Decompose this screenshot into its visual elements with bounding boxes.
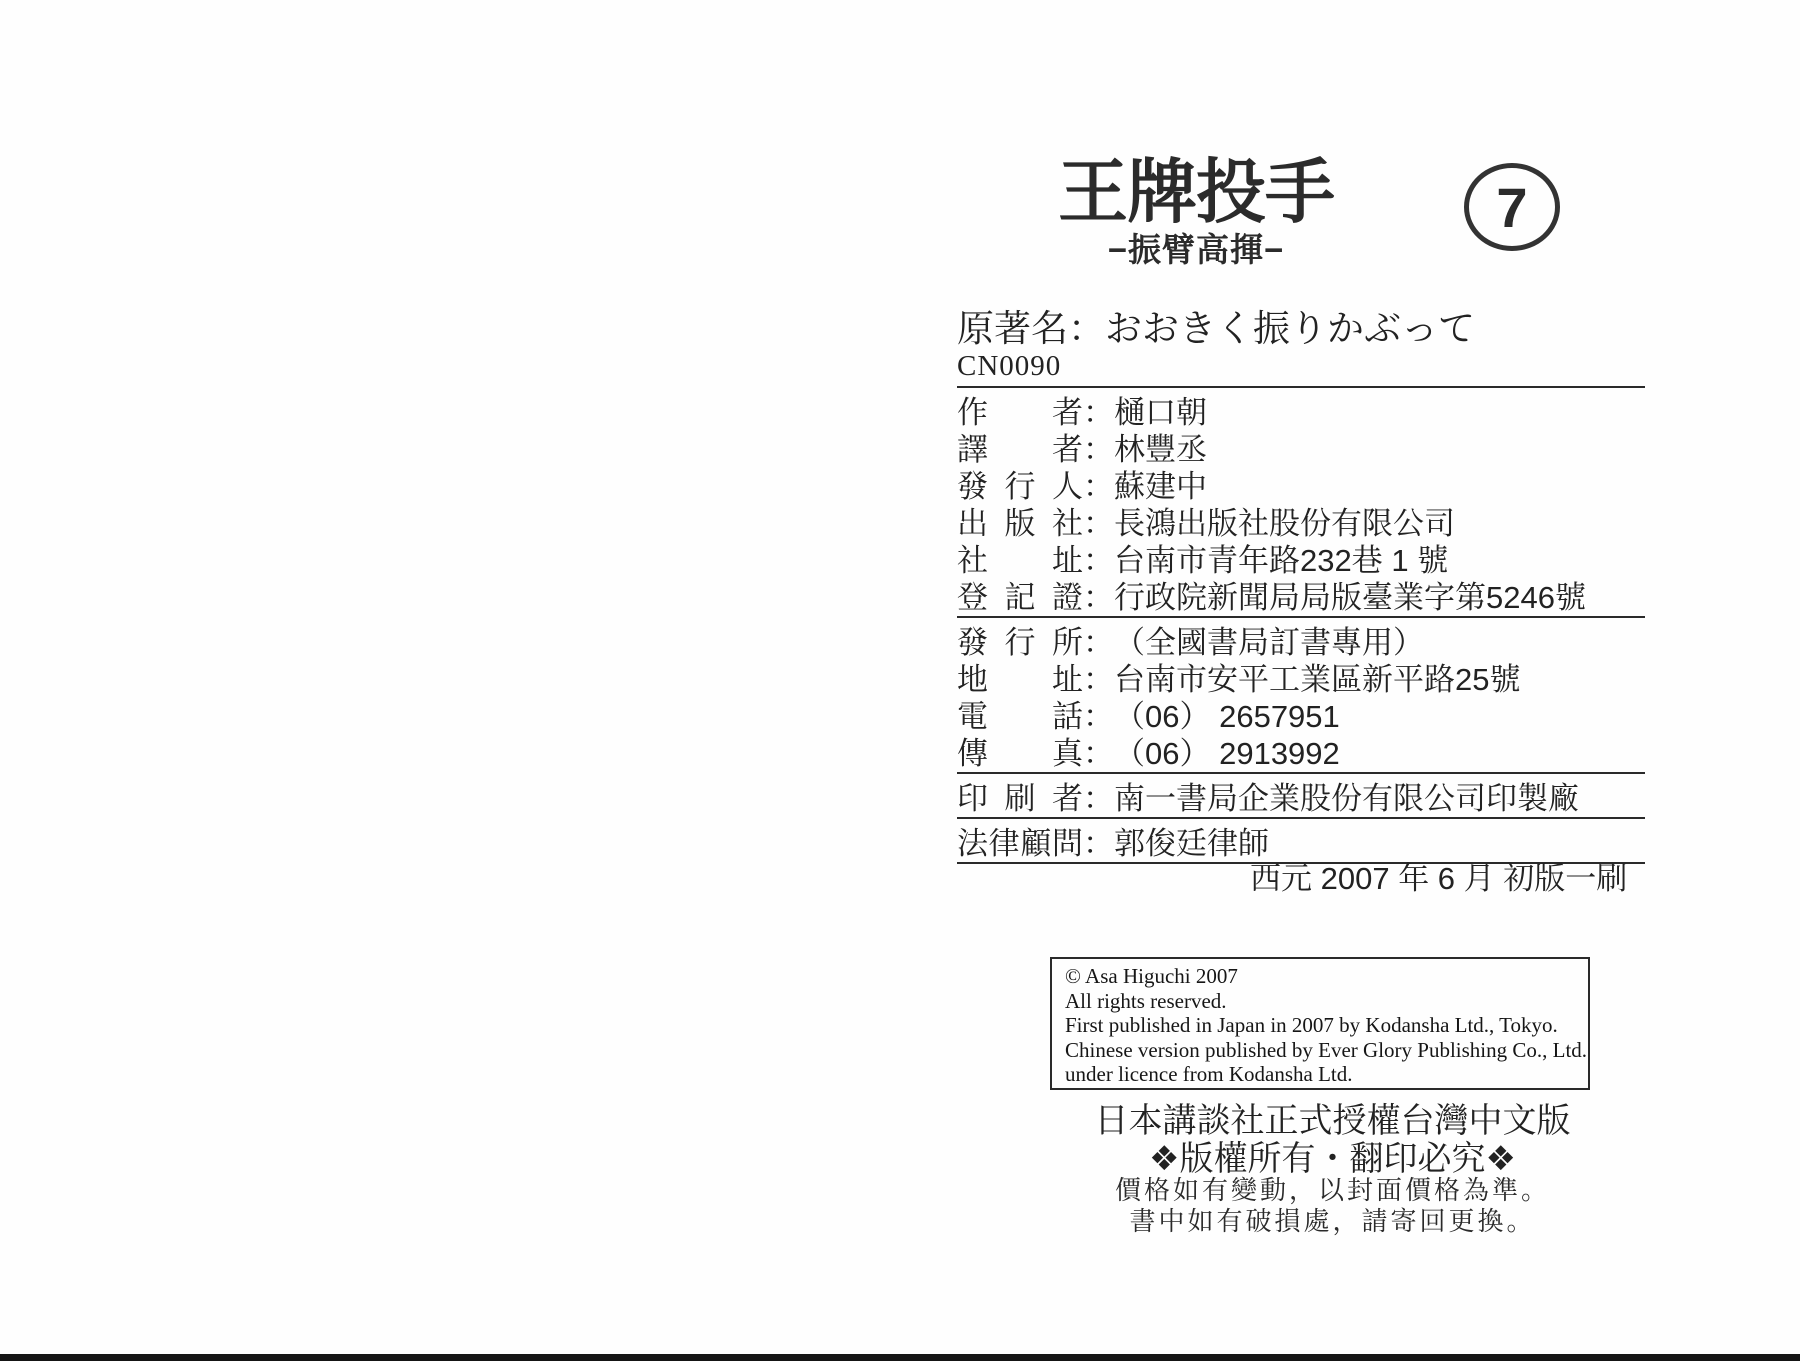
colophon-row: 作者：樋口朝 <box>957 391 1645 428</box>
colophon-row: 社址：台南市青年路232巷 1 號 <box>957 539 1645 576</box>
colophon-row-value: 郭俊廷律師 <box>1114 818 1269 863</box>
colophon-row-value: （06） 2913992 <box>1114 728 1340 773</box>
original-title-line: 原著名：おおきく振りかぶって <box>957 298 1475 352</box>
footer-notice-damage: 書中如有破損處，請寄回更換。 <box>1020 1201 1645 1238</box>
colophon-row-value: 行政院新聞局局版臺業字第5246號 <box>1114 572 1586 617</box>
volume-number-badge: 7 <box>1464 163 1560 251</box>
colophon-row: 出版社：長鴻出版社股份有限公司 <box>957 502 1645 539</box>
colophon-group: 發行所：（全國書局訂書專用）地址：台南市安平工業區新平路25號電話：（06） 2… <box>957 618 1645 774</box>
copyright-line: All rights reserved. <box>1065 989 1588 1014</box>
copyright-line: Chinese version published by Ever Glory … <box>1065 1038 1588 1063</box>
colophon-row-colon: ： <box>1083 728 1114 773</box>
colophon-row-label: 印刷者 <box>957 773 1083 818</box>
colophon-row-label: 傳真 <box>957 728 1083 773</box>
colophon-row: 譯者：林豐丞 <box>957 428 1645 465</box>
colophon-row: 發行人：蘇建中 <box>957 465 1645 502</box>
colophon-row: 發行所：（全國書局訂書專用） <box>957 621 1645 658</box>
colophon-row-colon: ： <box>1083 818 1114 863</box>
volume-number: 7 <box>1496 175 1527 240</box>
series-title: 王牌投手 <box>946 136 1446 237</box>
colophon-row: 印刷者：南一書局企業股份有限公司印製廠 <box>957 777 1645 814</box>
copyright-line: under licence from Kodansha Ltd. <box>1065 1062 1588 1087</box>
edition-date-line: 西元 2007 年 6 月 初版一刷 <box>1250 853 1627 898</box>
colophon-group: 作者：樋口朝譯者：林豐丞發行人：蘇建中出版社：長鴻出版社股份有限公司社址：台南市… <box>957 388 1645 618</box>
colophon-row-colon: ： <box>1083 773 1114 818</box>
copyright-line: First published in Japan in 2007 by Koda… <box>1065 1013 1588 1038</box>
copyright-line: © Asa Higuchi 2007 <box>1065 964 1588 989</box>
colophon-row-label: 法律顧問 <box>957 818 1083 863</box>
colophon-page: 王牌投手 −振臂高揮− 7 原著名：おおきく振りかぶって CN0090 作者：樋… <box>0 0 1800 1361</box>
series-subtitle: −振臂高揮− <box>946 224 1446 271</box>
copyright-notice-box: © Asa Higuchi 2007All rights reserved.Fi… <box>1050 957 1590 1090</box>
book-code: CN0090 <box>957 350 1061 383</box>
colophon-row-colon: ： <box>1083 572 1114 617</box>
colophon-row-label: 登記證 <box>957 572 1083 617</box>
colophon-row: 地址：台南市安平工業區新平路25號 <box>957 658 1645 695</box>
colophon-row: 傳真：（06） 2913992 <box>957 732 1645 769</box>
scan-page-edge <box>0 1354 1800 1361</box>
colophon-table: 作者：樋口朝譯者：林豐丞發行人：蘇建中出版社：長鴻出版社股份有限公司社址：台南市… <box>957 386 1645 864</box>
colophon-group: 印刷者：南一書局企業股份有限公司印製廠 <box>957 774 1645 819</box>
colophon-row: 登記證：行政院新聞局局版臺業字第5246號 <box>957 576 1645 613</box>
colophon-row: 電話：（06） 2657951 <box>957 695 1645 732</box>
colophon-row-value: 南一書局企業股份有限公司印製廠 <box>1114 773 1579 818</box>
